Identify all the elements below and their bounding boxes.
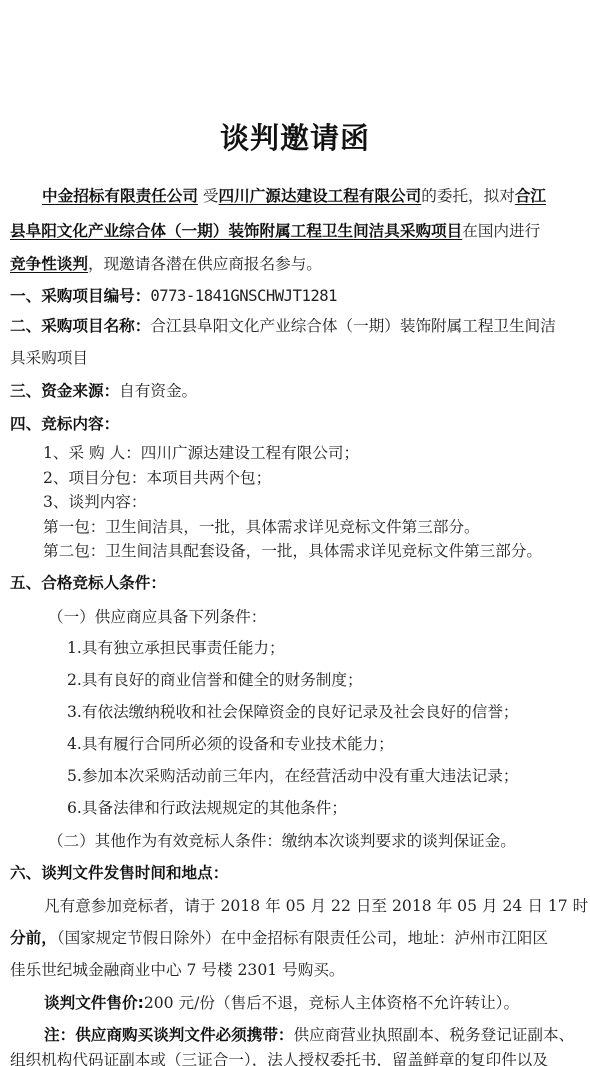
intro-line-2: 县阜阳文化产业综合体（一期）装饰附属工程卫生间洁具采购项目在国内进行 — [10, 221, 540, 241]
condition-item: 3.有依法缴纳税收和社会保障资金的良好记录及社会良好的信誉； — [67, 702, 519, 722]
intro-line-3: 竞争性谈判，现邀请各潜在供应商报名参与。 — [10, 254, 322, 274]
condition-item: 2.具有良好的商业信誉和健全的财务制度； — [67, 670, 363, 690]
section-3-heading: 三、资金来源： — [10, 382, 119, 400]
condition-item: 6.具备法律和行政法规规定的其他条件； — [67, 798, 347, 818]
section-1: 一、采购项目编号：0773-1841GNSCHWJT1281 — [10, 286, 337, 306]
section-4-item: 3、谈判内容： — [43, 492, 146, 512]
section-3: 三、资金来源：自有资金。 — [10, 381, 197, 401]
sale-address-line: 佳乐世纪城金融商业中心 7 号楼 2301 号购买。 — [10, 960, 345, 980]
section-5-sub-1: （一）供应商应具备下列条件： — [48, 607, 266, 627]
price-value: 200 元/份（售后不退，竞标人主体资格不允许转让）。 — [144, 994, 519, 1012]
intro-line-1: 中金招标有限责任公司 受四川广源达建设工程有限公司的委托，拟对合江 — [42, 186, 546, 206]
project-name-part2: 县阜阳文化产业综合体（一期）装饰附属工程卫生间洁具采购项目 — [10, 221, 462, 240]
note-line-2: 组织机构代码证副本或（三证合一），法人授权委托书，留盖鲜章的复印件以及 — [10, 1050, 548, 1066]
section-4-item: 1、采 购 人：四川广源达建设工程有限公司； — [43, 443, 359, 463]
note-label: 注：供应商购买谈判文件必须携带： — [44, 1026, 294, 1044]
section-4-item: 2、项目分包：本项目共两个包； — [43, 468, 271, 488]
condition-item: 1.具有独立承担民事责任能力； — [67, 638, 285, 658]
condition-item: 4.具有履行合同所必须的设备和专业技术能力； — [67, 734, 394, 754]
client-name: 四川广源达建设工程有限公司 — [219, 186, 422, 205]
document-price-line: 谈判文件售价:200 元/份（售后不退，竞标人主体资格不允许转让）。 — [44, 993, 519, 1013]
section-2-heading: 二、采购项目名称： — [10, 317, 150, 335]
section-1-heading: 一、采购项目编号： — [10, 287, 150, 305]
section-6-heading: 六、谈判文件发售时间和地点： — [10, 863, 228, 883]
procurement-method: 竞争性谈判 — [10, 254, 88, 273]
section-4-item: 第一包：卫生间洁具，一批，具体需求详见竞标文件第三部分。 — [43, 517, 480, 537]
note-line-1: 注：供应商购买谈判文件必须携带：供应商营业执照副本、税务登记证副本、 — [44, 1025, 574, 1045]
sale-time-line-1: 凡有意参加竞标者，请于 2018 年 05 月 22 日至 2018 年 05 … — [44, 896, 590, 916]
project-number: 0773-1841GNSCHWJT1281 — [150, 287, 337, 305]
section-4-heading: 四、竞标内容： — [10, 414, 119, 434]
section-5-sub-2: （二）其他作为有效竞标人条件：缴纳本次谈判要求的谈判保证金。 — [48, 831, 516, 851]
price-label: 谈判文件售价: — [44, 994, 144, 1012]
condition-item: 5.参加本次采购活动前三年内，在经营活动中没有重大违法记录； — [67, 766, 519, 786]
sale-time-line-2: 分前，（国家规定节假日除外）在中金招标有限责任公司，地址：泸州市江阳区 — [10, 928, 548, 948]
document-title: 谈判邀请函 — [0, 116, 590, 157]
invitation-letter-page: 谈判邀请函 中金招标有限责任公司 受四川广源达建设工程有限公司的委托，拟对合江 … — [0, 0, 590, 1066]
agent-name: 中金招标有限责任公司 — [42, 186, 198, 205]
section-2-cont: 具采购项目 — [10, 348, 88, 368]
section-5-heading: 五、合格竞标人条件： — [10, 573, 166, 593]
section-2: 二、采购项目名称：合江县阜阳文化产业综合体（一期）装饰附属工程卫生间洁 — [10, 316, 556, 336]
project-name-part1: 合江 — [515, 186, 546, 205]
section-4-item: 第二包：卫生间洁具配套设备，一批，具体需求详见竞标文件第三部分。 — [43, 541, 542, 561]
